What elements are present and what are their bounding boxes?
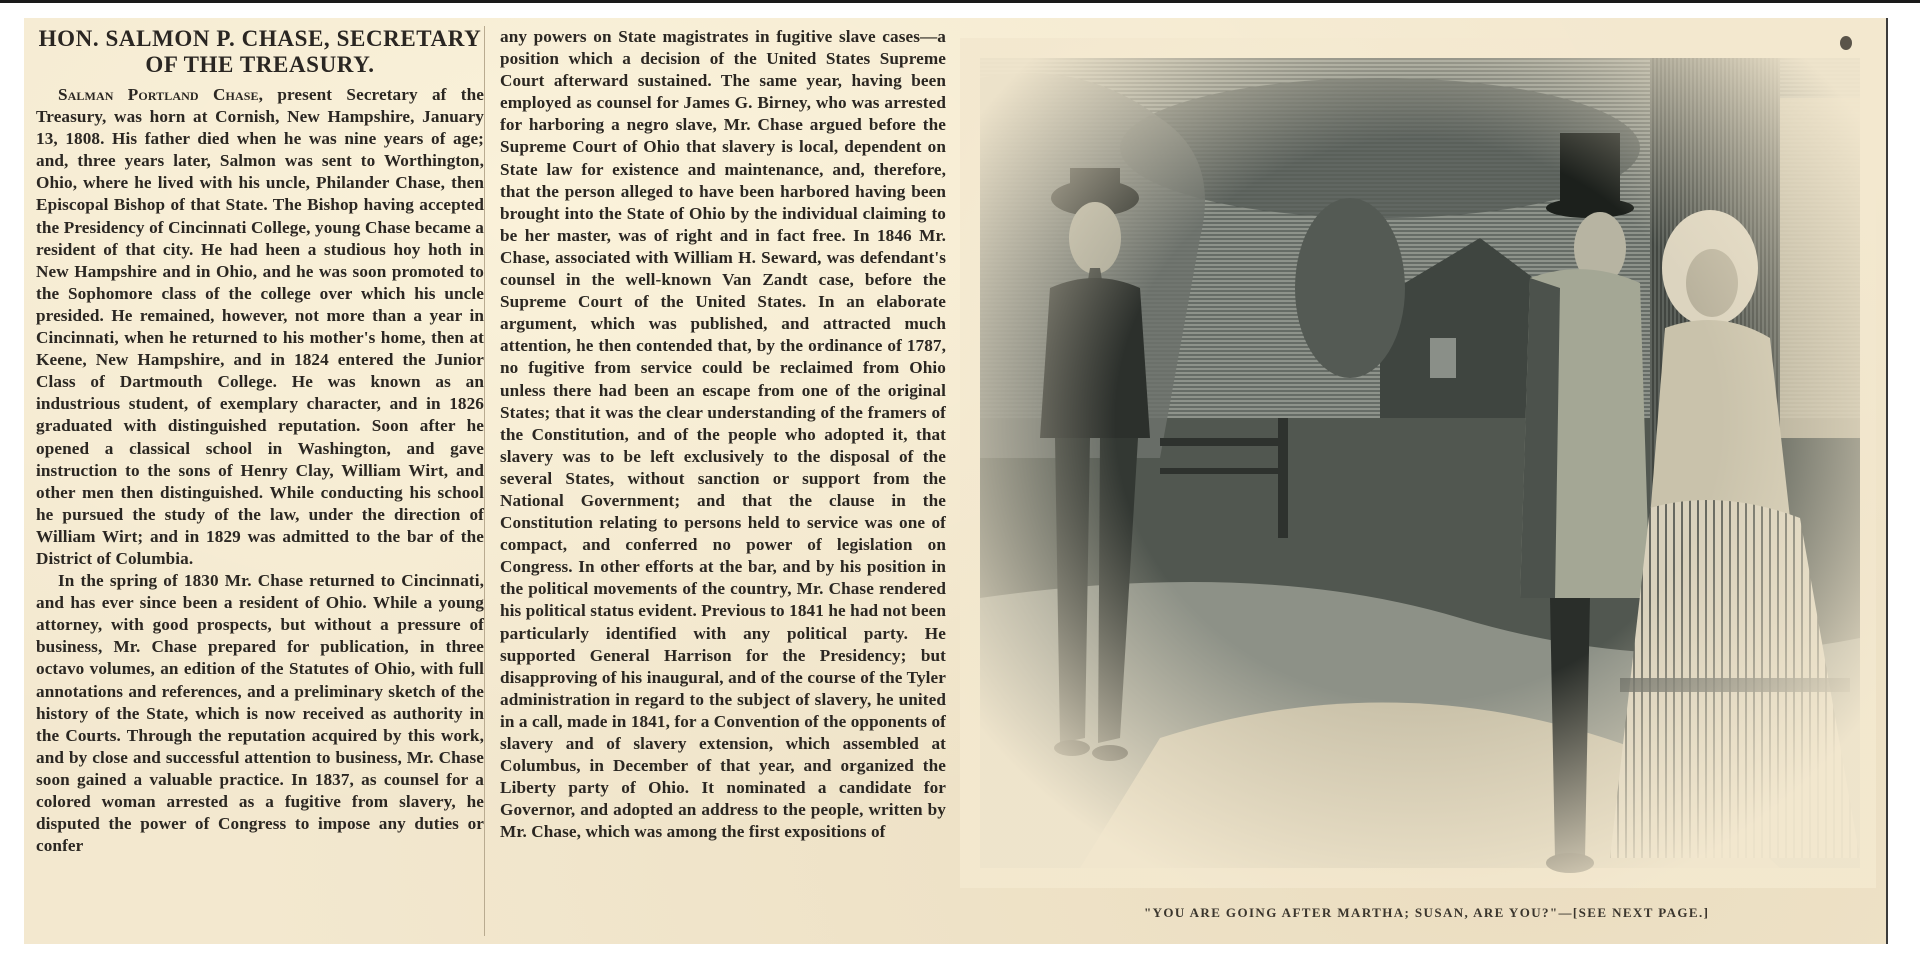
article-headline: HON. SALMON P. CHASE, SECRETARY OF THE T… [36, 26, 484, 78]
lead-name: Salman Portland Chase, [58, 85, 263, 104]
article-paragraph: any powers on State magistrates in fugit… [500, 26, 946, 843]
scan-top-border [0, 0, 1920, 3]
newspaper-clipping: HON. SALMON P. CHASE, SECRETARY OF THE T… [24, 18, 1888, 944]
paper-speck [1840, 36, 1852, 50]
paragraph-text: present Secretary af the Treasury, was h… [36, 85, 484, 568]
column-rule [484, 26, 485, 936]
illustration-caption: "YOU ARE GOING AFTER MARTHA; SUSAN, ARE … [1144, 905, 1844, 921]
article-paragraph: Salman Portland Chase, present Secretary… [36, 84, 484, 570]
engraving-illustration [960, 38, 1876, 888]
article-paragraph: In the spring of 1830 Mr. Chase returned… [36, 570, 484, 857]
article-column-1: HON. SALMON P. CHASE, SECRETARY OF THE T… [36, 26, 484, 857]
article-column-2: any powers on State magistrates in fugit… [500, 26, 946, 843]
